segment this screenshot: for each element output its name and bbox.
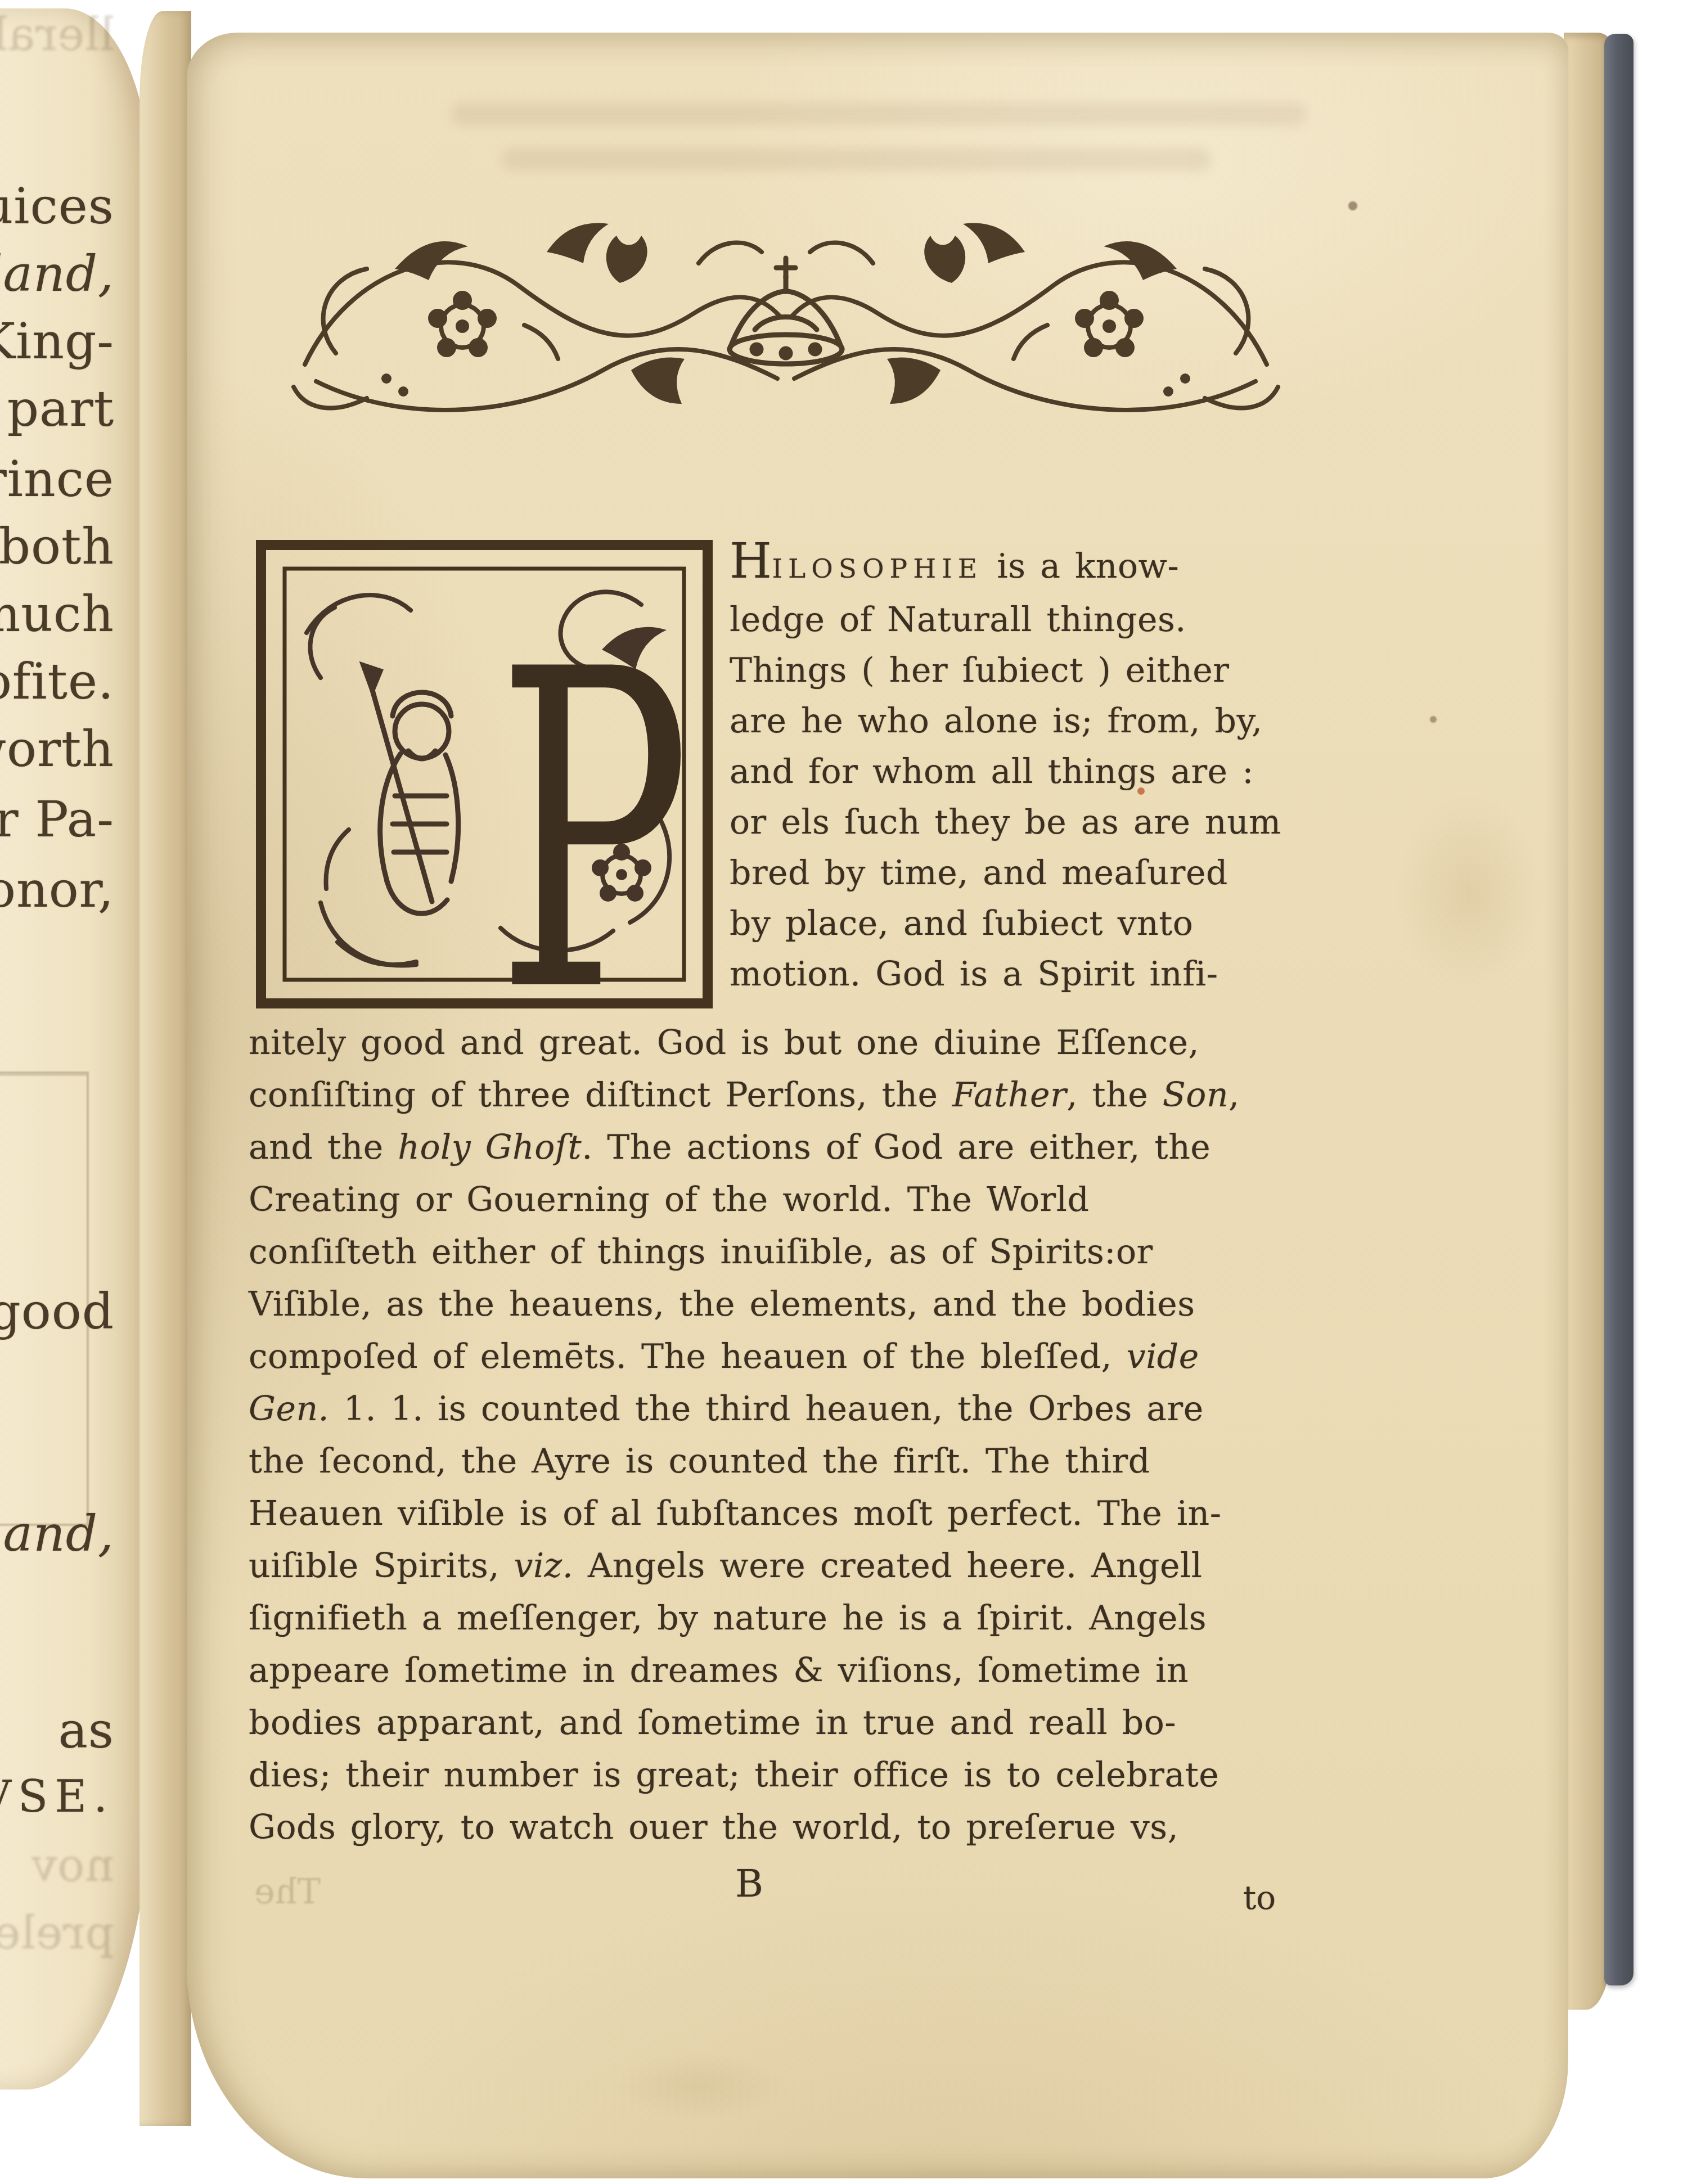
crown-icon bbox=[730, 258, 842, 364]
left-page-text-fragment: good bbox=[0, 1282, 114, 1340]
left-page-text-fragment: prele bbox=[0, 1907, 114, 1959]
paper-stain bbox=[1396, 792, 1542, 994]
left-page-text-fragment: worth bbox=[0, 720, 114, 778]
text-line: uiſible Spirits, viz. Angels were create… bbox=[249, 1540, 1326, 1592]
text-line: or els ſuch they be as are num bbox=[730, 797, 1354, 848]
left-page-text-fragment: ur Pa- bbox=[0, 790, 114, 848]
text-line: by place, and ſubiect vnto bbox=[730, 898, 1354, 949]
text-line: the ſecond, the Ayre is counted the firſ… bbox=[249, 1435, 1326, 1488]
text-line: Creating or Gouerning of the world. The … bbox=[249, 1174, 1326, 1226]
left-page-text-fragment: nand, bbox=[0, 1505, 114, 1562]
left-page-text-fragment: , both bbox=[0, 517, 114, 575]
headpiece-woodcut bbox=[282, 184, 1289, 426]
left-page-text-fragment: lleral bbox=[0, 8, 114, 61]
opening-capital: H bbox=[730, 533, 772, 589]
text-line-first: HILOSOPHIE is a know- bbox=[730, 536, 1354, 595]
text-line: ledge of Naturall thinges. bbox=[730, 595, 1354, 645]
text-line: Viſible, as the heauens, the elements, a… bbox=[249, 1278, 1326, 1331]
signature-mark: B bbox=[710, 1862, 789, 1906]
left-facing-page: ruicesreland,King-t partrince, bothmuchr… bbox=[0, 8, 149, 2090]
text-line: are he who alone is; from, by, bbox=[730, 696, 1354, 746]
text-line: Things ( her ſubiect ) either bbox=[730, 645, 1354, 696]
drop-cap-initial-woodcut: P bbox=[253, 537, 715, 1011]
gutter-leaf-edge bbox=[139, 11, 191, 2126]
text-line: dies; their number is great; their offic… bbox=[249, 1749, 1326, 1802]
left-page-text-fragment: reland, bbox=[0, 245, 114, 303]
wrapped-lines-list: ledge of Naturall thinges.Things ( her ſ… bbox=[730, 595, 1354, 999]
text-line: compoſed of elemēts. The heauen of the b… bbox=[249, 1331, 1326, 1383]
left-page-text-fragment: much bbox=[0, 585, 114, 643]
left-page-text-fragment: onor, bbox=[0, 861, 114, 918]
paper-stain bbox=[614, 2052, 783, 2119]
left-page-text-fragment: ruices bbox=[0, 177, 114, 235]
left-page-text-fragment: King- bbox=[0, 312, 114, 370]
left-page-text-fragment: VSE. bbox=[0, 1772, 114, 1822]
text-line: Gen. 1. 1. is counted the third heauen, … bbox=[249, 1383, 1326, 1435]
opening-rest: is a know- bbox=[983, 547, 1179, 586]
opening-smallcaps: ILOSOPHIE bbox=[772, 553, 983, 584]
text-line: bodies apparant, and ſometime in true an… bbox=[249, 1697, 1326, 1749]
paper-speck bbox=[1348, 201, 1357, 210]
text-line: appeare ſometime in dreames & viſions, ſ… bbox=[249, 1645, 1326, 1697]
text-line: bred by time, and meaſured bbox=[730, 848, 1354, 898]
body-text-wrapped-column: HILOSOPHIE is a know- ledge of Naturall … bbox=[730, 536, 1354, 999]
left-page-text-fragment: as bbox=[58, 1701, 114, 1759]
paper-speck bbox=[1430, 716, 1437, 723]
text-line: motion. God is a Spirit infi- bbox=[730, 949, 1354, 999]
showthrough-mirrored-catchword: The bbox=[254, 1871, 321, 1912]
text-line: conſiſting of three diſtinct Perſons, th… bbox=[249, 1069, 1326, 1122]
left-page-text-fragment: rince bbox=[0, 450, 114, 508]
showthrough-smudge bbox=[502, 148, 1210, 170]
catchword: to bbox=[1243, 1879, 1276, 1917]
text-line: Heauen viſible is of al ſubſtances moſt … bbox=[249, 1488, 1326, 1540]
left-page-text-fragment: t part bbox=[0, 380, 114, 438]
text-line: conſiſteth either of things inuiſible, a… bbox=[249, 1226, 1326, 1278]
text-line: ſignifieth a meſſenger, by nature he is … bbox=[249, 1592, 1326, 1645]
woodcut-man-figure bbox=[363, 665, 458, 913]
text-line: nitely good and great. God is but one di… bbox=[249, 1017, 1326, 1069]
binding-board-edge bbox=[1604, 34, 1633, 1985]
text-line: Gods glory, to watch ouer the world, to … bbox=[249, 1802, 1326, 1854]
left-page-text-fragment: nov bbox=[31, 1839, 114, 1892]
main-page: P HILOSOPHIE is a know- ledge of Natural… bbox=[187, 33, 1568, 2178]
text-line: and the holy Ghoſt. The actions of God a… bbox=[249, 1122, 1326, 1174]
initial-letter-P: P bbox=[496, 577, 691, 1011]
open-book-photo: ruicesreland,King-t partrince, bothmuchr… bbox=[0, 0, 1701, 2184]
text-line: and for whom all things are : bbox=[730, 746, 1354, 797]
showthrough-smudge bbox=[451, 103, 1306, 125]
left-page-text-fragment: rofite. bbox=[0, 652, 114, 710]
body-text-full-column: nitely good and great. God is but one di… bbox=[249, 1017, 1326, 1854]
